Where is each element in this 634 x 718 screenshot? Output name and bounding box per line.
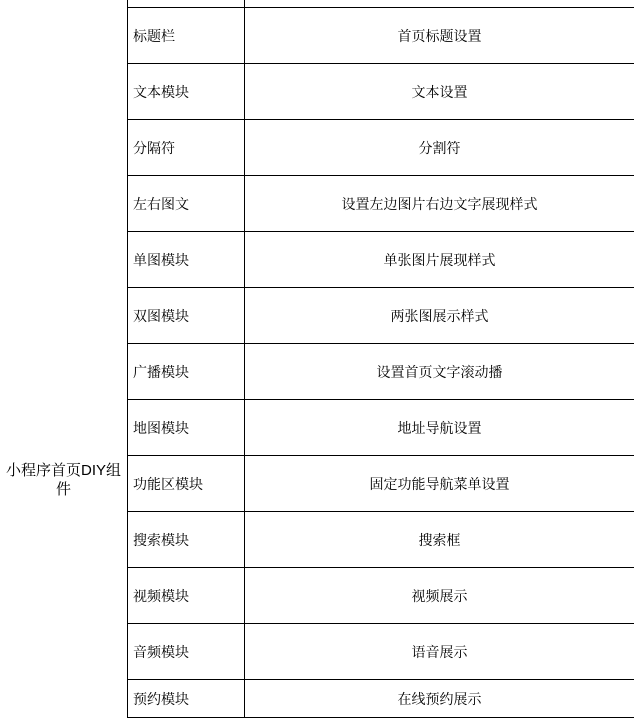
component-desc	[245, 0, 634, 7]
component-desc: 设置首页文字滚动播	[245, 344, 634, 399]
component-desc: 语音展示	[245, 624, 634, 679]
component-name: 标题栏	[128, 8, 245, 63]
component-name: 单图模块	[128, 232, 245, 287]
table-row-clipped-top	[128, 0, 634, 8]
component-name: 音频模块	[128, 624, 245, 679]
table-row: 分隔符 分割符	[128, 120, 634, 176]
table-row: 广播模块 设置首页文字滚动播	[128, 344, 634, 400]
table-row: 搜索模块 搜索框	[128, 512, 634, 568]
component-desc: 地址导航设置	[245, 400, 634, 455]
document-table-view: 小程序首页DIY组 件 标题栏 首页标题设置 文本模块 文本设置 分隔符 分割符…	[0, 0, 634, 718]
component-desc: 搜索框	[245, 512, 634, 567]
component-name: 左右图文	[128, 176, 245, 231]
table-row: 标题栏 首页标题设置	[128, 8, 634, 64]
table-row: 音频模块 语音展示	[128, 624, 634, 680]
row-group-label-line2: 件	[0, 480, 127, 499]
component-name: 分隔符	[128, 120, 245, 175]
component-desc: 视频展示	[245, 568, 634, 623]
component-name	[128, 0, 245, 7]
row-group-label-line1: 小程序首页DIY组	[0, 461, 127, 480]
component-name: 搜索模块	[128, 512, 245, 567]
component-name: 文本模块	[128, 64, 245, 119]
component-desc: 两张图展示样式	[245, 288, 634, 343]
component-name: 预约模块	[128, 680, 245, 717]
component-name: 功能区模块	[128, 456, 245, 511]
components-table: 标题栏 首页标题设置 文本模块 文本设置 分隔符 分割符 左右图文 设置左边图片…	[127, 0, 634, 718]
component-desc: 在线预约展示	[245, 680, 634, 717]
row-group-label: 小程序首页DIY组 件	[0, 461, 127, 499]
component-desc: 首页标题设置	[245, 8, 634, 63]
table-row: 功能区模块 固定功能导航菜单设置	[128, 456, 634, 512]
component-name: 视频模块	[128, 568, 245, 623]
component-desc: 固定功能导航菜单设置	[245, 456, 634, 511]
component-name: 广播模块	[128, 344, 245, 399]
table-row: 视频模块 视频展示	[128, 568, 634, 624]
table-row: 地图模块 地址导航设置	[128, 400, 634, 456]
component-desc: 单张图片展现样式	[245, 232, 634, 287]
component-desc: 设置左边图片右边文字展现样式	[245, 176, 634, 231]
table-row-clipped-bottom: 预约模块 在线预约展示	[128, 680, 634, 718]
table-row: 双图模块 两张图展示样式	[128, 288, 634, 344]
table-row: 文本模块 文本设置	[128, 64, 634, 120]
component-desc: 文本设置	[245, 64, 634, 119]
component-desc: 分割符	[245, 120, 634, 175]
table-row: 左右图文 设置左边图片右边文字展现样式	[128, 176, 634, 232]
table-row: 单图模块 单张图片展现样式	[128, 232, 634, 288]
component-name: 双图模块	[128, 288, 245, 343]
component-name: 地图模块	[128, 400, 245, 455]
